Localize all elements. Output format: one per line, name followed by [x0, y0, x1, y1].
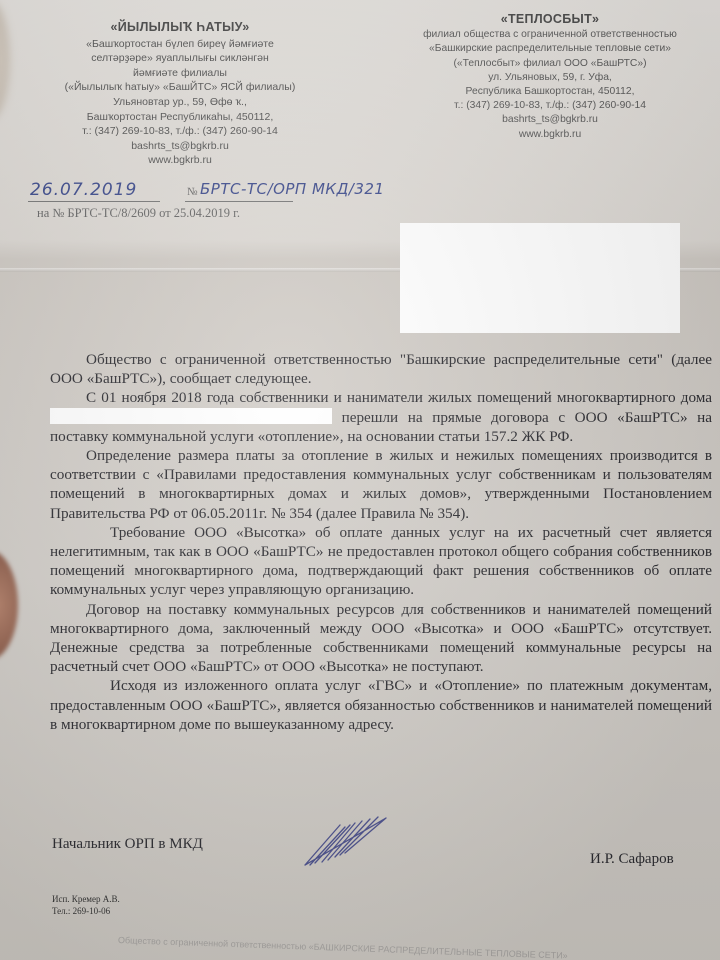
letterhead-right-line: ул. Ульяновых, 59, г. Уфа, — [400, 71, 700, 85]
executor-info: Исп. Кремер А.В. Тел.: 269-10-06 — [52, 893, 120, 917]
letterhead-left-email: bashrts_ts@bgkrb.ru — [55, 139, 305, 154]
blurred-edge — [0, 0, 10, 120]
signatory-name: И.Р. Сафаров — [590, 851, 674, 868]
date-underline — [28, 201, 160, 202]
letterhead-left-line: «Башҡортостан бүлеп биреү йәмғиәте — [55, 37, 305, 52]
letterhead-right-line: Республика Башкортостан, 450112, — [400, 85, 700, 99]
paragraph-direct-contracts: С 01 ноября 2018 года собственники и нан… — [50, 388, 712, 446]
paragraph-illegitimate-demand: Требование ООО «Высотка» об оплате данны… — [50, 523, 712, 600]
letter-body: Общество с ограниченной ответственностью… — [50, 350, 712, 734]
footer-imprint: Общество с ограниченной ответственностью… — [118, 935, 568, 960]
letterhead-left-line: йәмғиәте филиалы — [55, 66, 305, 81]
reference-number: на № БРТС-ТС/8/2609 от 25.04.2019 г. — [37, 206, 240, 221]
letterhead-right-title: «ТЕПЛОСБЫТ» — [400, 12, 700, 26]
executor-phone: Тел.: 269-10-06 — [52, 905, 120, 917]
signatory-position: Начальник ОРП в МКД — [52, 836, 203, 853]
handwritten-signature-icon — [300, 815, 390, 870]
letterhead-left-line: Башҡортостан Республикаһы, 450112, — [55, 110, 305, 125]
paragraph-conclusion: Исходя из изложенного оплата услуг «ГВС»… — [50, 676, 712, 734]
finger-in-photo — [0, 550, 18, 660]
letterhead-left-title: «ЙЫЛЫЛЫҠ ҺАТЫУ» — [55, 20, 305, 35]
letterhead-russian: «ТЕПЛОСБЫТ» филиал общества с ограниченн… — [400, 12, 700, 142]
letterhead-left-website: www.bgkrb.ru — [55, 153, 305, 168]
letterhead-right-email: bashrts_ts@bgkrb.ru — [400, 113, 700, 127]
letterhead-right-website: www.bgkrb.ru — [400, 128, 700, 142]
handwritten-outgoing-number: БРТС-ТС/ОРП МКД/321 — [200, 180, 384, 198]
letterhead-right-line: филиал общества с ограниченной ответстве… — [400, 28, 700, 42]
executor-name: Исп. Кремер А.В. — [52, 893, 120, 905]
number-sign: № — [187, 186, 198, 198]
letterhead-left-line: селтәрҙәре» яуаплылығы сикләнгән — [55, 51, 305, 66]
paragraph-intro: Общество с ограниченной ответственностью… — [50, 350, 712, 388]
paragraph-no-contract: Договор на поставку коммунальных ресурсо… — [50, 600, 712, 677]
letterhead-right-line: т.: (347) 269-10-83, т./ф.: (347) 260-90… — [400, 99, 700, 113]
letterhead-left-line: т.: (347) 269-10-83, т./ф.: (347) 260-90… — [55, 124, 305, 139]
letterhead-left-line: («Йылылыҡ һатыу» «БашЙТС» ЯСЙ филиалы) — [55, 80, 305, 95]
letterhead-right-line: («Теплосбыт» филиал ООО «БашРТС») — [400, 57, 700, 71]
handwritten-date: 26.07.2019 — [30, 180, 137, 200]
letterhead-bashkir: «ЙЫЛЫЛЫҠ ҺАТЫУ» «Башҡортостан бүлеп бире… — [55, 20, 305, 168]
letterhead-right-line: «Башкирские распределительные тепловые с… — [400, 42, 700, 56]
letterhead-left-line: Ульяновтар ур., 59, Өфө ҡ., — [55, 95, 305, 110]
paragraph-payment-rules: Определение размера платы за отопление в… — [50, 446, 712, 523]
redacted-address — [50, 408, 332, 424]
number-underline — [185, 201, 293, 202]
p2-text-before: С 01 ноября 2018 года собственники и нан… — [86, 389, 712, 406]
redacted-addressee-block — [400, 223, 680, 333]
